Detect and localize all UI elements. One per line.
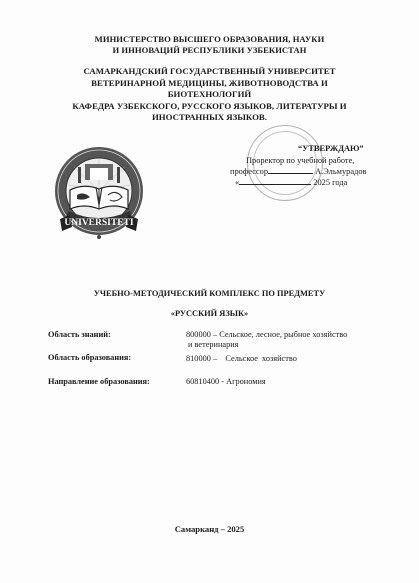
approval-signatory: А.Эльмурадов — [315, 167, 366, 176]
field-value-education-area: 810000 – Сельское хозяйство — [186, 354, 297, 364]
approval-position: Проректор по учебной работе, — [246, 155, 354, 167]
ministry-heading: МИНИСТЕРСТВО ВЫСШЕГО ОБРАЗОВАНИЯ, НАУКИ … — [0, 34, 419, 56]
approval-date-line: « 2025 года — [235, 177, 347, 189]
ministry-line-2: И ИННОВАЦИЙ РЕСПУБЛИКИ УЗБЕКИСТАН — [0, 45, 419, 56]
date-blank — [239, 184, 311, 185]
university-line-2: ВЕТЕРИНАРНОЙ МЕДИЦИНЫ, ЖИВОТНОВОДСТВА И — [0, 78, 419, 90]
field-value-education-direction: 60810400 - Агрономия — [186, 377, 266, 387]
ministry-line-1: МИНИСТЕРСТВО ВЫСШЕГО ОБРАЗОВАНИЯ, НАУКИ — [0, 34, 419, 45]
field-value-knowledge-area: 800000 – Сельское, лесное, рыбное хозяйс… — [186, 330, 347, 350]
university-logo-icon: UNIVERSITETI — [50, 145, 148, 245]
svg-text:UNIVERSITETI: UNIVERSITETI — [64, 218, 133, 228]
field-label-education-direction: Направление образования: — [48, 377, 150, 386]
date-open-quote: « — [235, 178, 239, 187]
signature-blank — [268, 173, 313, 174]
field-label-education-area: Область образования: — [48, 353, 131, 362]
knowledge-area-line-1: 800000 – Сельское, лесное, рыбное хозяйс… — [186, 330, 347, 340]
department-line-1: КАФЕДРА УЗБЕКСКОГО, РУССКОГО ЯЗЫКОВ, ЛИТ… — [0, 101, 419, 113]
approval-title-prefix: профессор — [230, 167, 268, 176]
university-heading: САМАРКАНДСКИЙ ГОСУДАРСТВЕННЫЙ УНИВЕРСИТЕ… — [0, 66, 419, 124]
subject-title: «РУССКИЙ ЯЗЫК» — [0, 309, 419, 318]
field-label-knowledge-area: Область знаний: — [48, 330, 111, 339]
complex-title: УЧЕБНО-МЕТОДИЧЕСКИЙ КОМПЛЕКС ПО ПРЕДМЕТУ — [0, 289, 419, 298]
department-line-2: ИНОСТРАННЫХ ЯЗЫКОВ. — [0, 112, 419, 124]
approval-signature-line: профессор А.Эльмурадов — [230, 166, 366, 178]
approval-heading: “УТВЕРЖДАЮ” — [298, 143, 364, 155]
document-page: МИНИСТЕРСТВО ВЫСШЕГО ОБРАЗОВАНИЯ, НАУКИ … — [0, 0, 419, 583]
university-line-1: САМАРКАНДСКИЙ ГОСУДАРСТВЕННЫЙ УНИВЕРСИТЕ… — [0, 66, 419, 78]
approval-date-suffix: 2025 года — [313, 178, 347, 187]
university-line-3: БИОТЕХНОЛОГИЙ — [0, 89, 419, 101]
knowledge-area-line-2: и ветеринария — [186, 340, 347, 350]
city-year: Самарканд – 2025 — [0, 524, 419, 534]
